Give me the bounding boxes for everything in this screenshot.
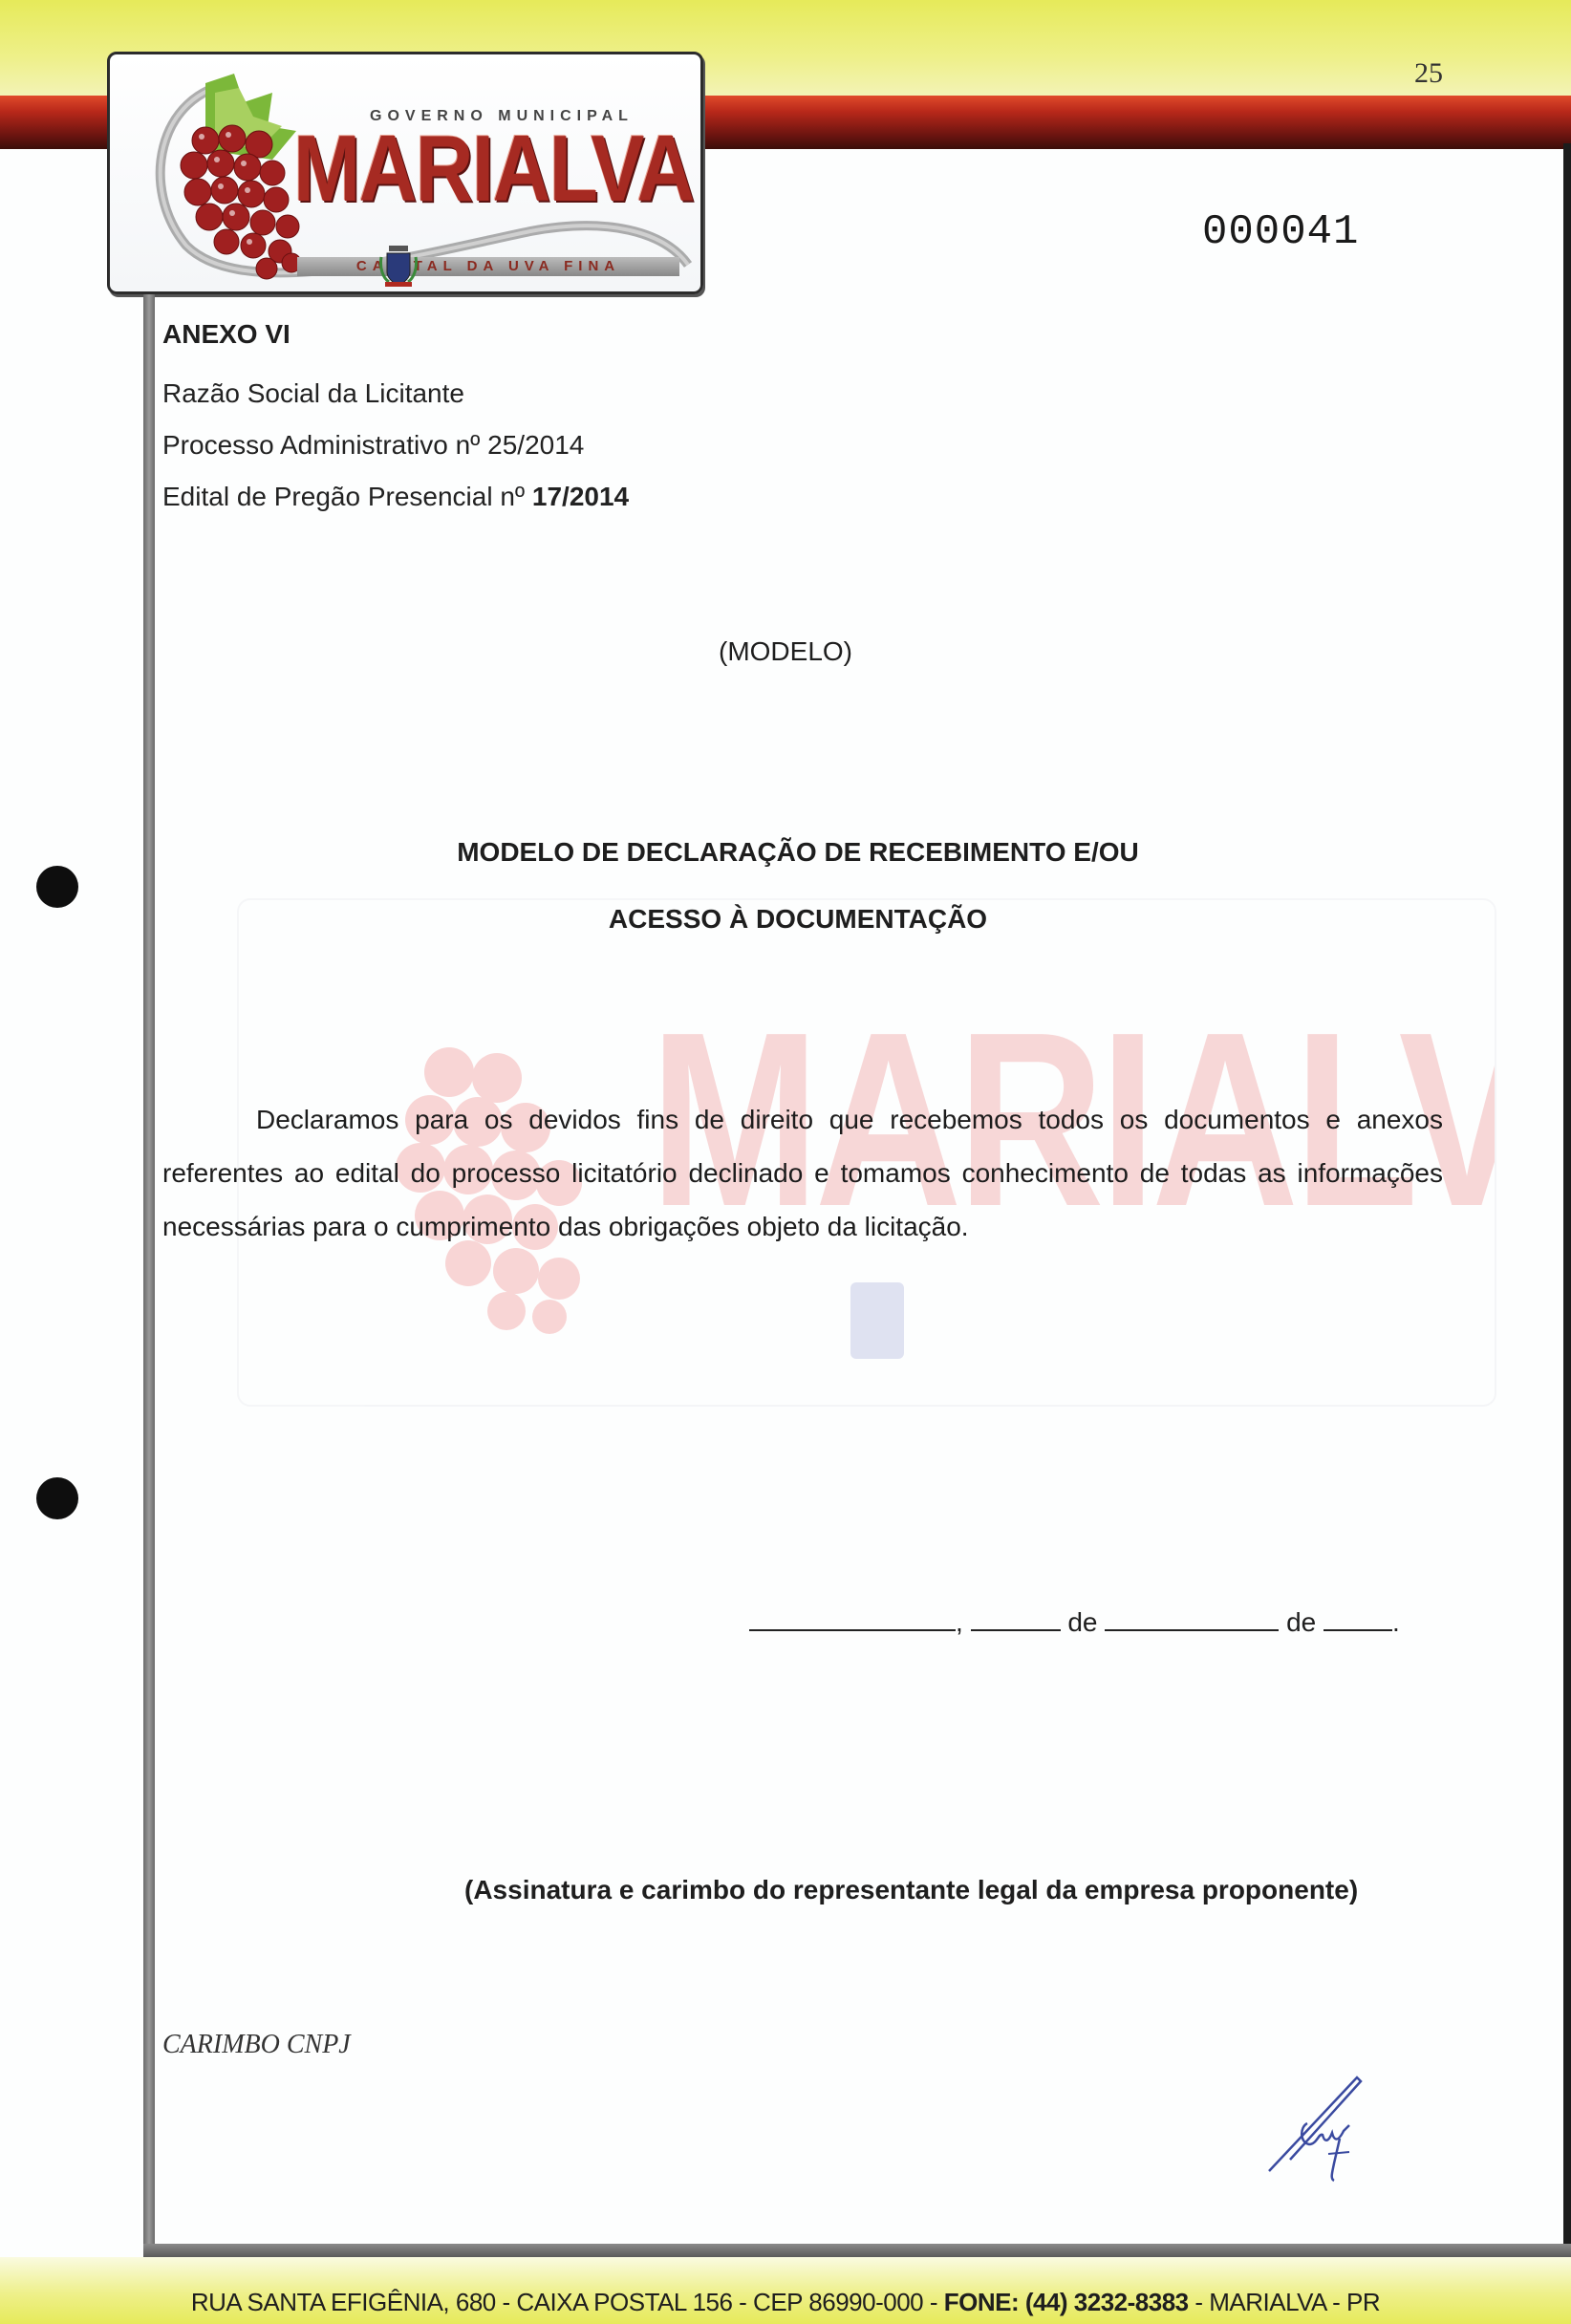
de-label: de <box>1286 1607 1316 1637</box>
municipal-logo: GOVERNO MUNICIPAL MARIALVA CAPITAL DA UV… <box>107 52 703 294</box>
page-number: 25 <box>1414 57 1443 90</box>
month-blank[interactable] <box>1105 1612 1279 1631</box>
grape-bunch-icon <box>148 74 311 284</box>
declaration-title-line-1: MODELO DE DECLARAÇÃO DE RECEBIMENTO E/OU <box>0 837 1571 868</box>
place-blank[interactable] <box>749 1612 956 1631</box>
footer-city: - MARIALVA - PR <box>1189 2288 1381 2316</box>
frame-left-border <box>143 294 155 2255</box>
signature-caption: (Assinatura e carimbo do representante l… <box>464 1875 1358 1905</box>
declaration-body: Declaramos para os devidos fins de direi… <box>162 1093 1443 1254</box>
day-blank[interactable] <box>971 1612 1061 1631</box>
edital-number-value: 17/2014 <box>532 482 629 511</box>
company-name-label: Razão Social da Licitante <box>162 378 464 409</box>
logo-tagline: CAPITAL DA UVA FINA <box>301 257 676 276</box>
de-label: de <box>1067 1607 1097 1637</box>
frame-right-border <box>1563 143 1571 2255</box>
edital-prefix: Edital de Pregão Presencial nº <box>162 482 532 511</box>
watermark-crest-icon <box>850 1282 904 1359</box>
hole-punch-icon <box>36 1477 78 1519</box>
year-blank[interactable] <box>1324 1612 1392 1631</box>
annex-heading: ANEXO VI <box>162 319 291 350</box>
edital-number: Edital de Pregão Presencial nº 17/2014 <box>162 482 629 512</box>
process-number: Processo Administrativo nº 25/2014 <box>162 430 584 461</box>
declaration-title-line-2: ACESSO À DOCUMENTAÇÃO <box>0 904 1571 935</box>
footer-address: RUA SANTA EFIGÊNIA, 680 - CAIXA POSTAL 1… <box>0 2288 1571 2317</box>
frame-bottom-border <box>143 2244 1571 2257</box>
comma: , <box>956 1607 963 1637</box>
date-place-line: , de de . <box>749 1607 1400 1638</box>
hole-punch-icon <box>36 866 78 908</box>
period: . <box>1392 1607 1400 1637</box>
footer-street: RUA SANTA EFIGÊNIA, 680 - CAIXA POSTAL 1… <box>191 2288 944 2316</box>
handwritten-signature-icon <box>1261 2068 1405 2202</box>
coat-of-arms-icon <box>379 244 418 290</box>
model-label: (MODELO) <box>0 636 1571 667</box>
cnpj-stamp-label: CARIMBO CNPJ <box>162 2030 351 2060</box>
footer-phone: FONE: (44) 3232-8383 <box>944 2288 1189 2316</box>
logo-city-name: MARIALVA <box>293 121 694 215</box>
control-number-stamp: 000041 <box>1202 208 1359 256</box>
